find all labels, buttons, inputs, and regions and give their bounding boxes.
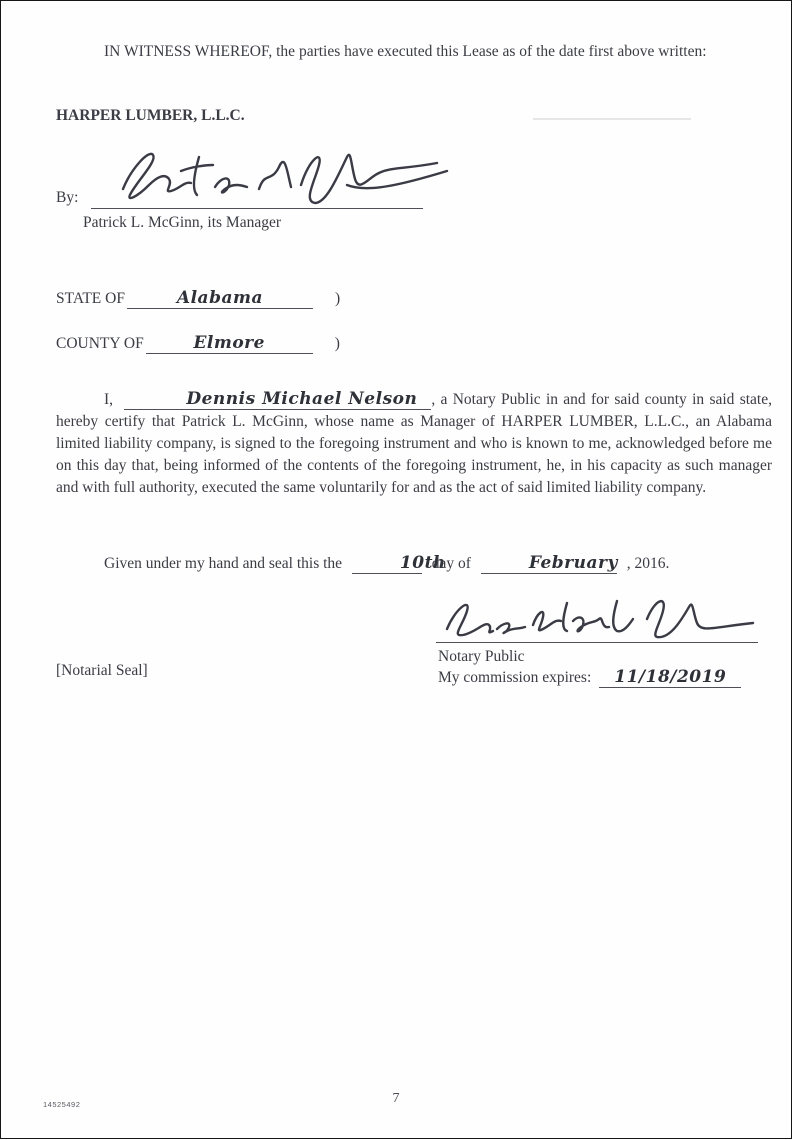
commission-row: My commission expires: 11/18/2019 xyxy=(438,667,741,689)
notary-signature xyxy=(433,591,761,643)
county-value: Elmore xyxy=(146,335,313,354)
footer-page-number: 7 xyxy=(1,1088,791,1110)
county-row: COUNTY OF Elmore ) xyxy=(56,333,340,355)
notary-name-value: Dennis Michael Nelson xyxy=(124,391,431,410)
given-line: Given under my hand and seal this the 10… xyxy=(56,553,772,575)
company-name: HARPER LUMBER, L.L.C. xyxy=(56,105,245,127)
commission-label: My commission expires: xyxy=(438,667,591,689)
notary-acknowledgment-paragraph: I, Dennis Michael Nelson, a Notary Publi… xyxy=(56,389,772,499)
state-row: STATE OF Alabama ) xyxy=(56,288,340,310)
given-middle: day of xyxy=(432,555,471,572)
scan-artifact-line xyxy=(533,118,691,120)
document-page: IN WITNESS WHEREOF, the parties have exe… xyxy=(0,0,792,1139)
given-suffix: , 2016. xyxy=(627,555,670,572)
ack-prefix: I, xyxy=(104,391,113,408)
county-label: COUNTY OF xyxy=(56,333,144,355)
witness-paragraph: IN WITNESS WHEREOF, the parties have exe… xyxy=(56,41,772,63)
state-value: Alabama xyxy=(127,290,313,309)
notarial-seal-label: [Notarial Seal] xyxy=(56,660,148,682)
day-value: 10th xyxy=(352,555,422,574)
given-prefix: Given under my hand and seal this the xyxy=(104,555,342,572)
state-label: STATE OF xyxy=(56,288,125,310)
signer-caption: Patrick L. McGinn, its Manager xyxy=(83,212,281,234)
manager-signature xyxy=(93,143,453,207)
commission-value: 11/18/2019 xyxy=(599,669,741,688)
county-paren: ) xyxy=(335,333,340,355)
notary-signature-line xyxy=(436,642,758,643)
by-signature-line xyxy=(91,208,423,209)
state-paren: ) xyxy=(335,288,340,310)
notary-public-label: Notary Public xyxy=(438,646,525,668)
by-label: By: xyxy=(56,187,78,209)
month-value: February xyxy=(481,555,617,574)
